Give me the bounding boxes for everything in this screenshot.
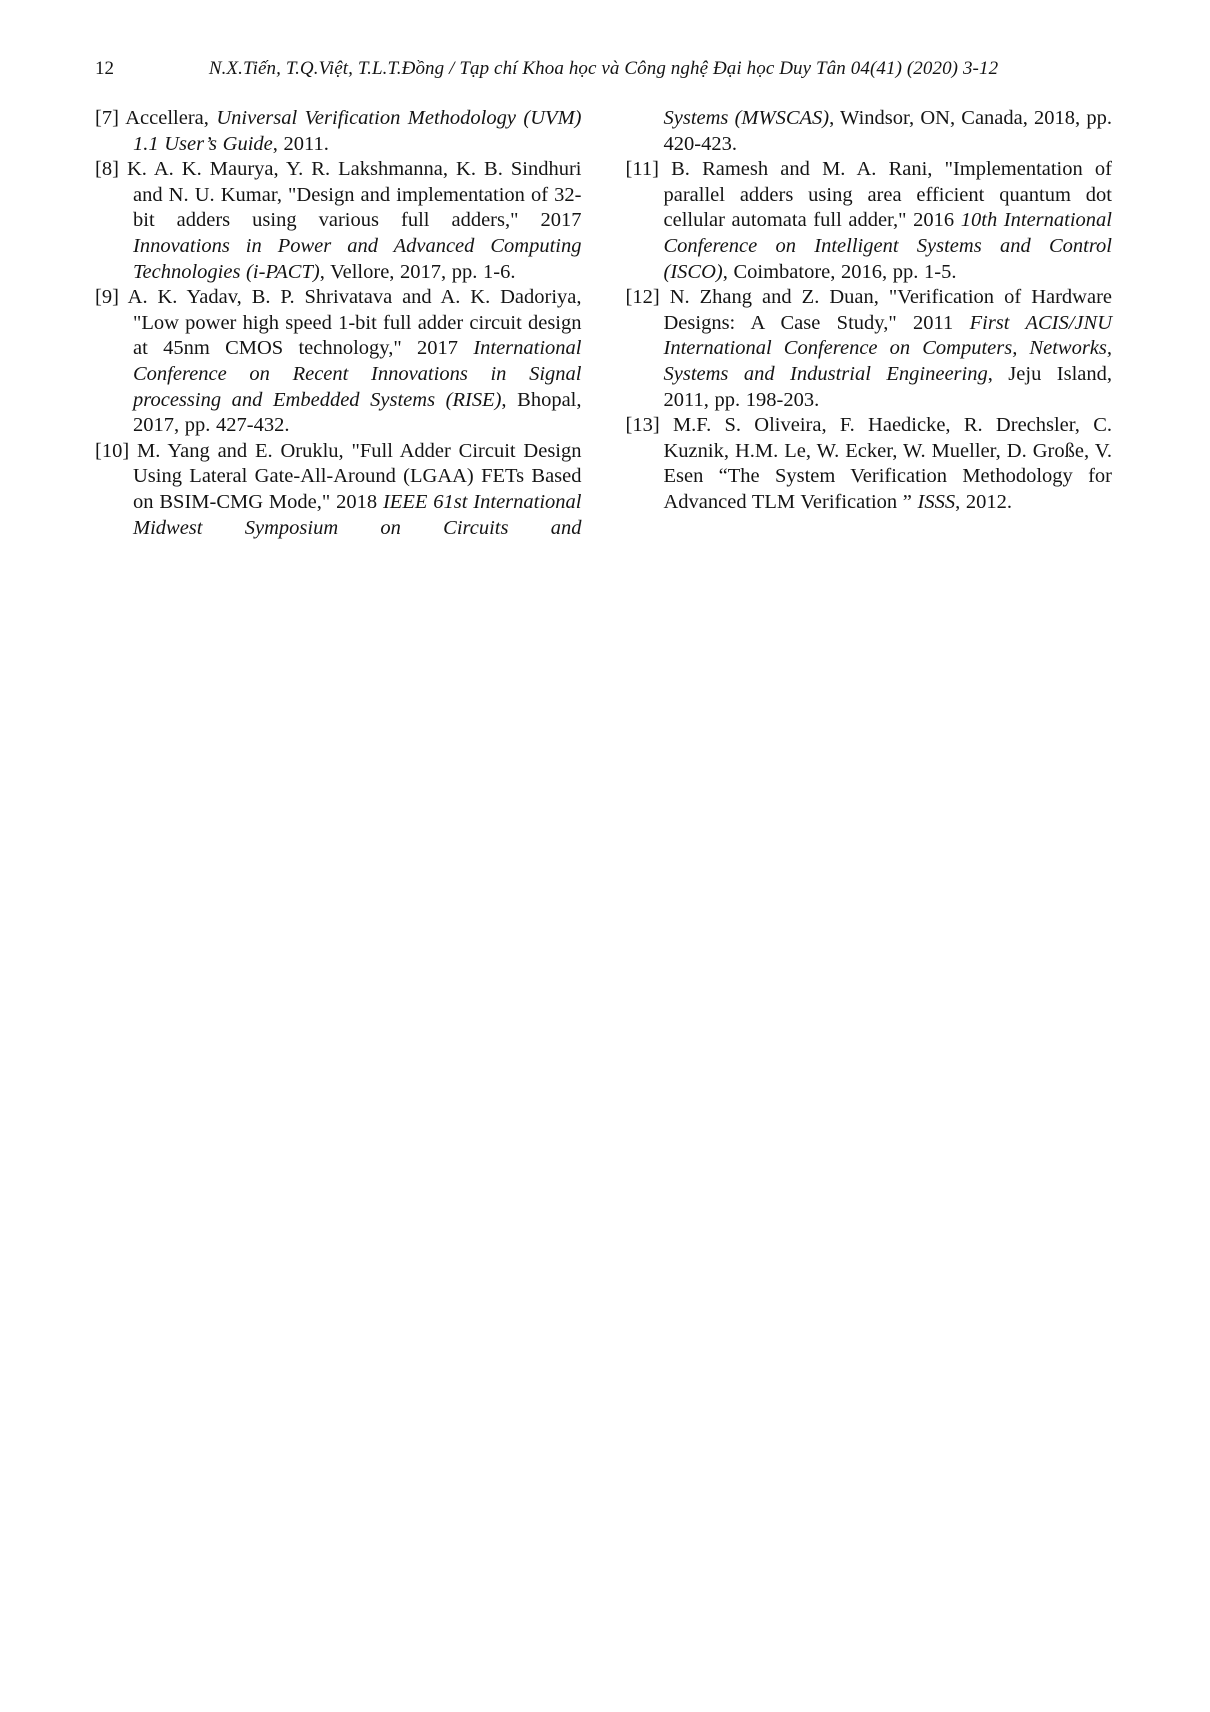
reference-entry: [12] N. Zhang and Z. Duan, "Verification…	[626, 285, 1113, 413]
reference-entry: [7] Accellera, Universal Verification Me…	[95, 106, 582, 157]
reference-entry: [10] M. Yang and E. Oruklu, "Full Adder …	[95, 439, 582, 541]
reference-marker: [11]	[626, 158, 659, 180]
reference-entry: [8] K. A. K. Maurya, Y. R. Lakshmanna, K…	[95, 157, 582, 285]
reference-venue-text: ISSS	[918, 491, 956, 513]
reference-marker: [12]	[626, 286, 660, 308]
references-left-column: [7] Accellera, Universal Verification Me…	[95, 106, 582, 541]
reference-marker: [10]	[95, 440, 129, 462]
reference-text: , 2011.	[273, 133, 329, 155]
page-header: 12 N.X.Tiến, T.Q.Việt, T.L.T.Đồng / Tạp …	[95, 0, 1112, 88]
reference-marker: [9]	[95, 286, 119, 308]
reference-venue-text: Systems (MWSCAS)	[664, 107, 830, 129]
page-number: 12	[95, 58, 114, 80]
reference-entry: [11] B. Ramesh and M. A. Rani, "Implemen…	[626, 157, 1113, 285]
reference-marker: [8]	[95, 158, 119, 180]
reference-marker: [13]	[626, 414, 660, 436]
document-page: 12 N.X.Tiến, T.Q.Việt, T.L.T.Đồng / Tạp …	[0, 0, 1210, 541]
reference-text: M.F. S. Oliveira, F. Haedicke, R. Drechs…	[664, 414, 1113, 513]
reference-text: , 2012.	[955, 491, 1012, 513]
reference-entry: [13] M.F. S. Oliveira, F. Haedicke, R. D…	[626, 413, 1113, 515]
reference-entry: [9] A. K. Yadav, B. P. Shrivatava and A.…	[95, 285, 582, 439]
references-section: [7] Accellera, Universal Verification Me…	[95, 106, 1112, 541]
running-head: N.X.Tiến, T.Q.Việt, T.L.T.Đồng / Tạp chí…	[95, 58, 1112, 80]
references-right-column: Systems (MWSCAS), Windsor, ON, Canada, 2…	[626, 106, 1113, 541]
reference-entry: Systems (MWSCAS), Windsor, ON, Canada, 2…	[626, 106, 1113, 157]
reference-text: K. A. K. Maurya, Y. R. Lakshmanna, K. B.…	[127, 158, 582, 231]
reference-text: , Coimbatore, 2016, pp. 1-5.	[723, 261, 957, 283]
reference-text: , Vellore, 2017, pp. 1-6.	[320, 261, 516, 283]
reference-marker: [7]	[95, 107, 119, 129]
reference-text: Accellera,	[125, 107, 216, 129]
